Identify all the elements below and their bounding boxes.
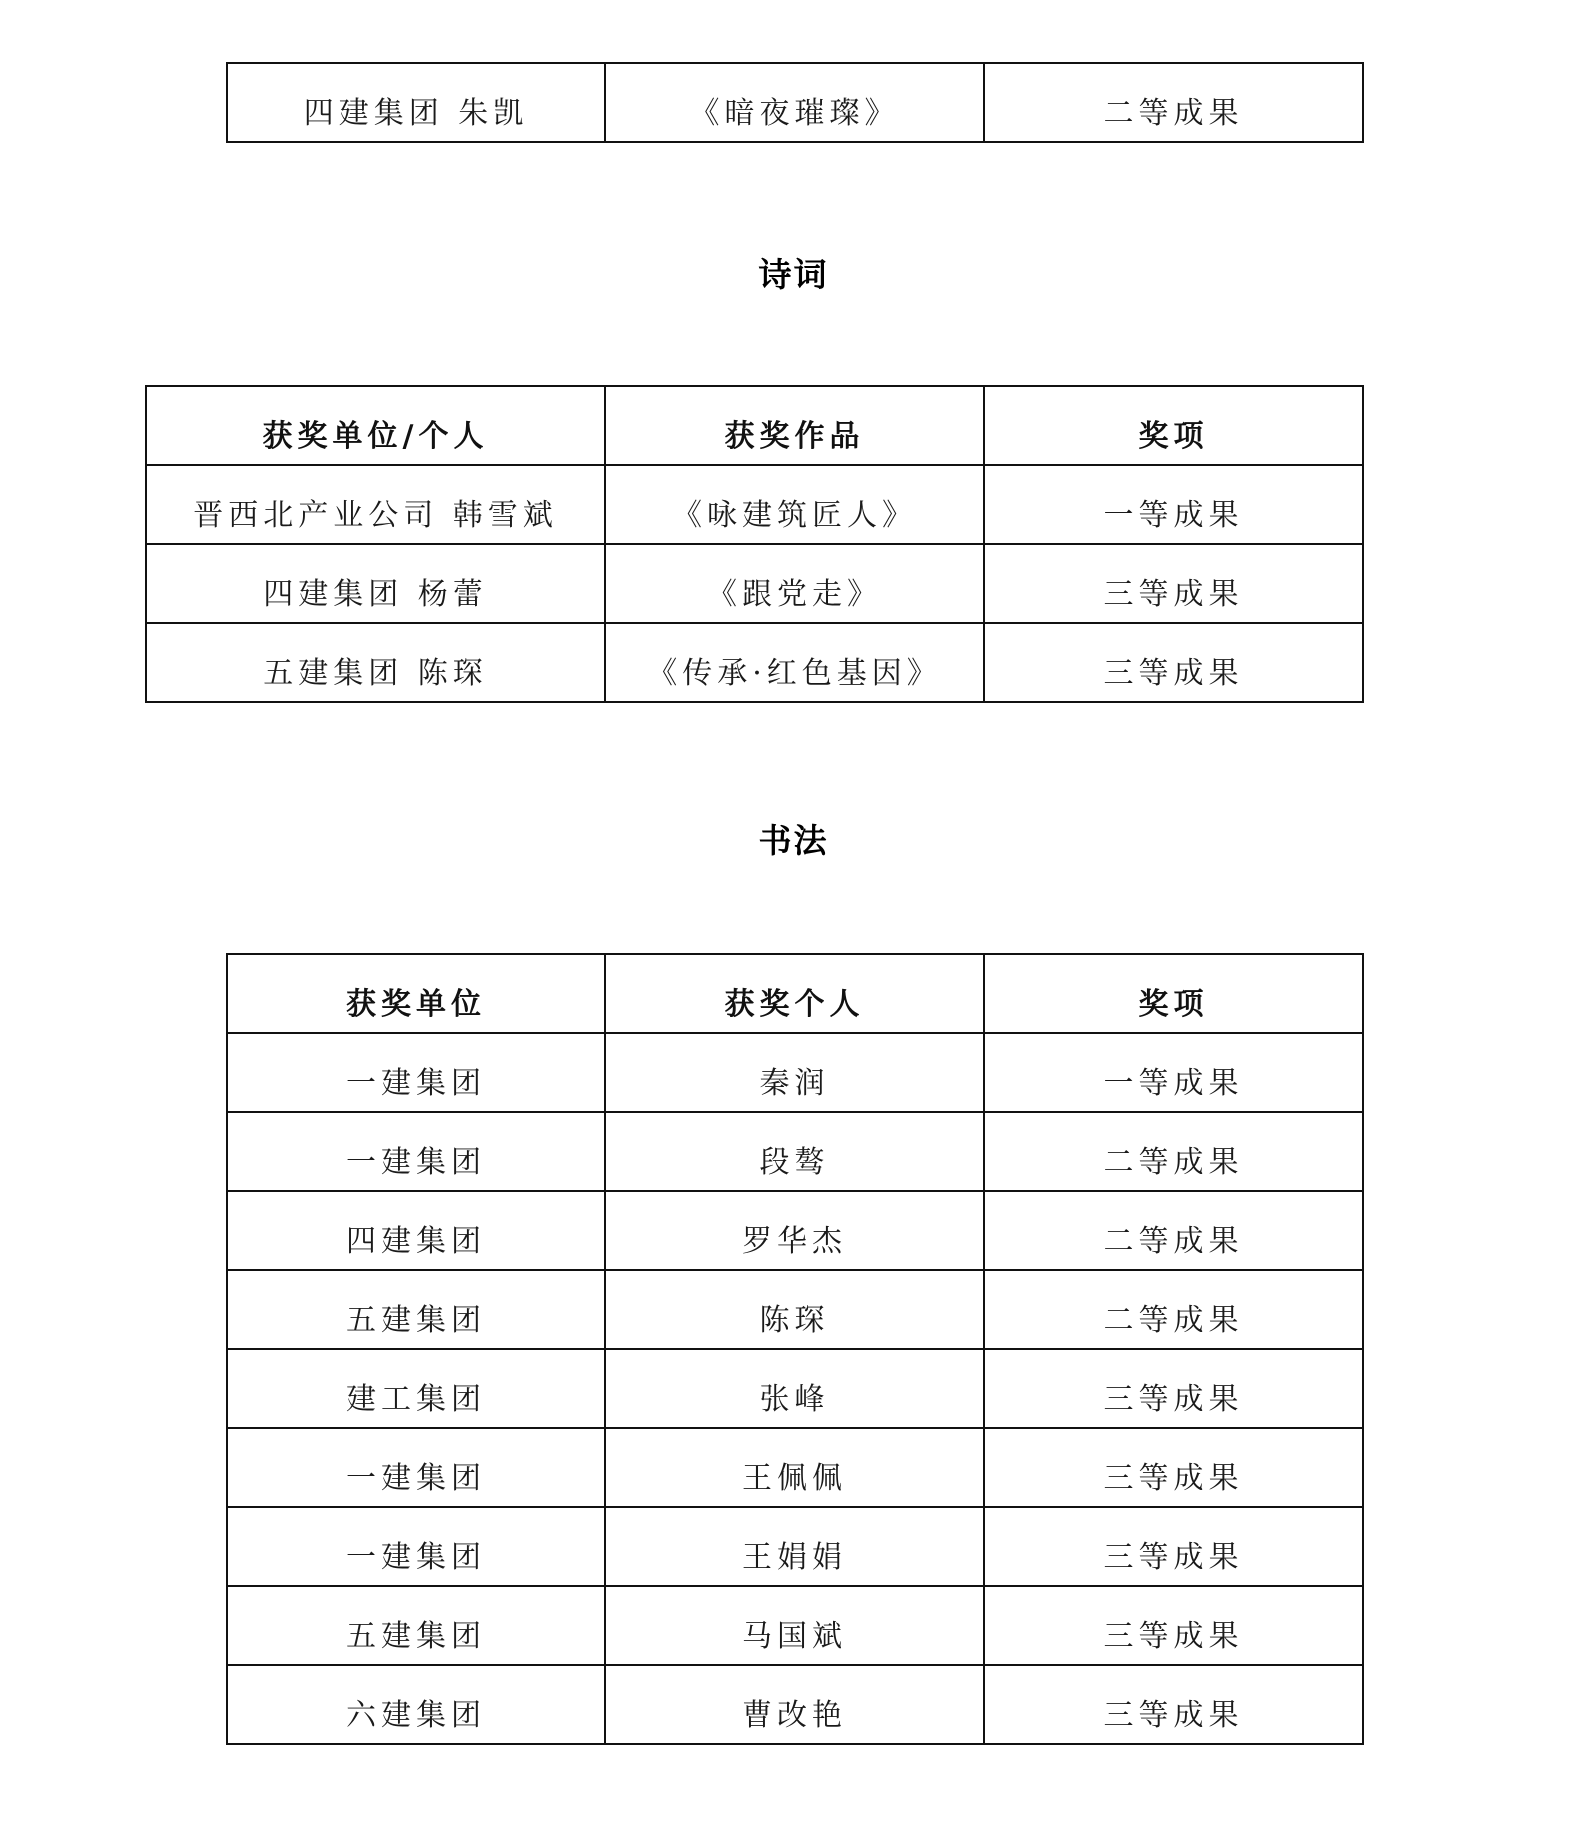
award-level-cell: 一等成果 [984,1033,1363,1112]
poetry-award-table: 获奖单位/个人 获奖作品 奖项 晋西北产业公司 韩雪斌 《咏建筑匠人》 一等成果… [145,385,1364,703]
column-header-unit-person: 获奖单位/个人 [146,386,605,465]
table-row: 四建集团 杨蕾 《跟党走》 三等成果 [146,544,1363,623]
table-header-row: 获奖单位 获奖个人 奖项 [227,954,1363,1033]
table-row: 五建集团 马国斌 三等成果 [227,1586,1363,1665]
award-level-cell: 二等成果 [984,1191,1363,1270]
award-level-cell: 三等成果 [984,1665,1363,1744]
award-work-cell: 《传承·红色基因》 [605,623,984,702]
calligraphy-award-table: 获奖单位 获奖个人 奖项 一建集团 秦润 一等成果 一建集团 段骜 二等成果 四… [226,953,1364,1745]
award-person-cell: 王佩佩 [605,1428,984,1507]
column-header-person: 获奖个人 [605,954,984,1033]
award-unit-cell: 建工集团 [227,1349,605,1428]
column-header-work: 获奖作品 [605,386,984,465]
award-unit-cell: 晋西北产业公司 韩雪斌 [146,465,605,544]
award-person-cell: 张峰 [605,1349,984,1428]
award-level-cell: 二等成果 [984,1270,1363,1349]
award-unit-cell: 五建集团 [227,1586,605,1665]
award-person-cell: 曹改艳 [605,1665,984,1744]
award-level-cell: 三等成果 [984,1586,1363,1665]
award-level-cell: 三等成果 [984,1349,1363,1428]
award-unit-cell: 一建集团 [227,1428,605,1507]
table-row: 一建集团 王佩佩 三等成果 [227,1428,1363,1507]
award-level-cell: 三等成果 [984,1428,1363,1507]
award-person-cell: 罗华杰 [605,1191,984,1270]
table-row: 四建集团 朱凯 《暗夜璀璨》 二等成果 [227,63,1363,142]
table-row: 建工集团 张峰 三等成果 [227,1349,1363,1428]
column-header-unit: 获奖单位 [227,954,605,1033]
table-row: 晋西北产业公司 韩雪斌 《咏建筑匠人》 一等成果 [146,465,1363,544]
table-row: 六建集团 曹改艳 三等成果 [227,1665,1363,1744]
award-unit-cell: 一建集团 [227,1507,605,1586]
award-person-cell: 王娟娟 [605,1507,984,1586]
award-person-cell: 秦润 [605,1033,984,1112]
award-unit-cell: 四建集团 杨蕾 [146,544,605,623]
column-header-award: 奖项 [984,386,1363,465]
award-level-cell: 三等成果 [984,1507,1363,1586]
award-person-cell: 陈琛 [605,1270,984,1349]
award-level-cell: 一等成果 [984,465,1363,544]
award-person-cell: 段骜 [605,1112,984,1191]
award-level-cell: 三等成果 [984,623,1363,702]
award-unit-cell: 一建集团 [227,1112,605,1191]
continued-award-table: 四建集团 朱凯 《暗夜璀璨》 二等成果 [226,62,1364,143]
award-work-cell: 《咏建筑匠人》 [605,465,984,544]
award-work-cell: 《暗夜璀璨》 [605,63,984,142]
award-unit-cell: 六建集团 [227,1665,605,1744]
award-person-cell: 马国斌 [605,1586,984,1665]
table-row: 一建集团 秦润 一等成果 [227,1033,1363,1112]
table-row: 四建集团 罗华杰 二等成果 [227,1191,1363,1270]
table-row: 五建集团 陈琛 《传承·红色基因》 三等成果 [146,623,1363,702]
table-row: 五建集团 陈琛 二等成果 [227,1270,1363,1349]
table-row: 一建集团 段骜 二等成果 [227,1112,1363,1191]
award-work-cell: 《跟党走》 [605,544,984,623]
award-unit-cell: 五建集团 [227,1270,605,1349]
column-header-award: 奖项 [984,954,1363,1033]
award-unit-cell: 四建集团 [227,1191,605,1270]
award-level-cell: 二等成果 [984,1112,1363,1191]
section-title-calligraphy: 书法 [0,824,1587,857]
award-unit-cell: 四建集团 朱凯 [227,63,605,142]
award-unit-cell: 五建集团 陈琛 [146,623,605,702]
section-title-poetry: 诗词 [0,258,1587,291]
award-level-cell: 三等成果 [984,544,1363,623]
table-row: 一建集团 王娟娟 三等成果 [227,1507,1363,1586]
award-unit-cell: 一建集团 [227,1033,605,1112]
award-level-cell: 二等成果 [984,63,1363,142]
table-header-row: 获奖单位/个人 获奖作品 奖项 [146,386,1363,465]
